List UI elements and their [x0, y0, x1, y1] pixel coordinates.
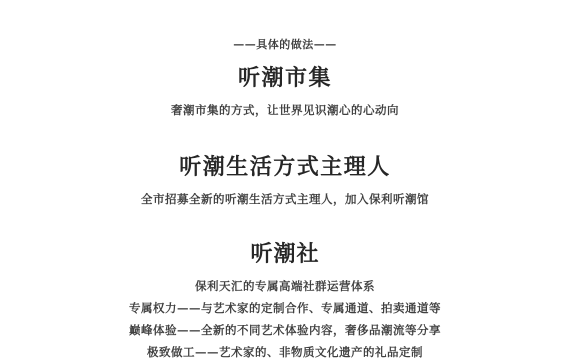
section-body: 奢潮市集的方式，让世界见识潮心的心动向 — [0, 99, 570, 121]
section-tingchao-market: 听潮市集 奢潮市集的方式，让世界见识潮心的心动向 — [0, 65, 570, 121]
body-line: 全市招募全新的听潮生活方式主理人，加入保利听潮馆 — [0, 188, 570, 210]
heading-tingchao-club: 听潮社 — [0, 241, 570, 267]
body-line: 专属权力——与艺术家的定制合作、专属通道、拍卖通道等 — [0, 297, 570, 319]
body-line: 奢潮市集的方式，让世界见识潮心的心动向 — [0, 99, 570, 121]
section-body: 保利天汇的专属高端社群运营体系 专属权力——与艺术家的定制合作、专属通道、拍卖通… — [0, 275, 570, 360]
document-page: ——具体的做法—— 听潮市集 奢潮市集的方式，让世界见识潮心的心动向 听潮生活方… — [0, 0, 570, 360]
section-tingchao-club: 听潮社 保利天汇的专属高端社群运营体系 专属权力——与艺术家的定制合作、专属通道… — [0, 241, 570, 360]
section-label: ——具体的做法—— — [0, 0, 570, 52]
section-lifestyle-host: 听潮生活方式主理人 全市招募全新的听潮生活方式主理人，加入保利听潮馆 — [0, 154, 570, 210]
body-line: 极致做工——艺术家的、非物质文化遗产的礼品定制 — [0, 341, 570, 360]
section-body: 全市招募全新的听潮生活方式主理人，加入保利听潮馆 — [0, 188, 570, 210]
heading-tingchao-market: 听潮市集 — [0, 65, 570, 91]
body-line: 保利天汇的专属高端社群运营体系 — [0, 275, 570, 297]
body-line: 巅峰体验——全新的不同艺术体验内容，奢侈品潮流等分享 — [0, 319, 570, 341]
heading-lifestyle-host: 听潮生活方式主理人 — [0, 154, 570, 180]
